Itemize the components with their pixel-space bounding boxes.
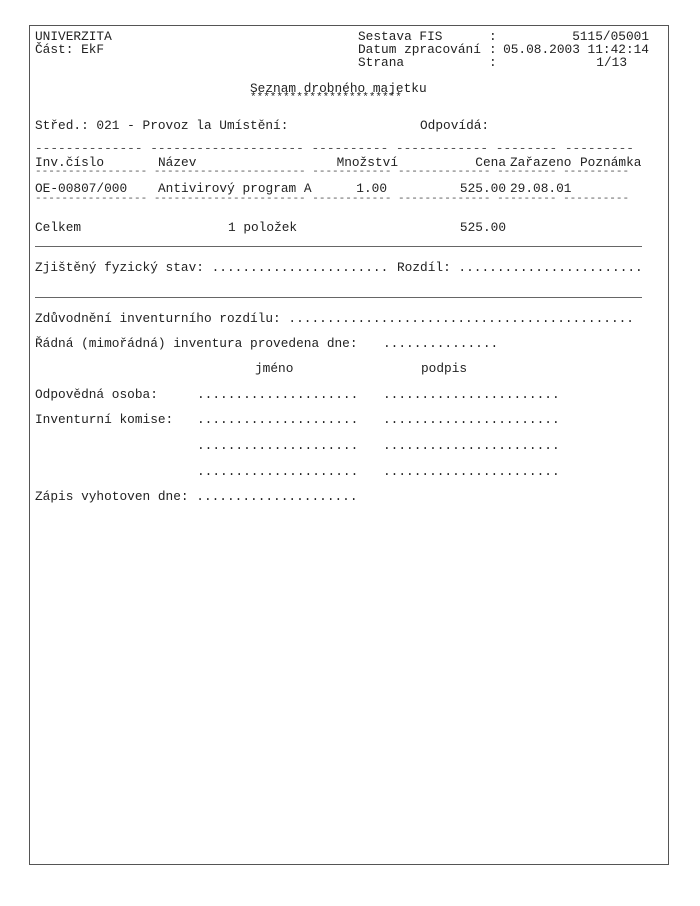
part-label: Část: EkF bbox=[35, 43, 104, 56]
committee-label: Inventurní komise: bbox=[35, 413, 173, 426]
responsible-label: Odpovídá: bbox=[420, 119, 489, 132]
table-separator: ----------------- ----------------------… bbox=[35, 166, 629, 179]
name-column-label: jméno bbox=[255, 362, 293, 375]
physical-state-field: Zjištěný fyzický stav: .................… bbox=[35, 261, 388, 274]
table-separator: -------------- -------------------- ----… bbox=[35, 142, 634, 155]
inventory-date-dots: ............... bbox=[383, 337, 498, 350]
committee-signature-dots: ....................... bbox=[383, 413, 560, 426]
total-count: 1 položek bbox=[228, 221, 297, 234]
record-date-field: Zápis vyhotoven dne: ...................… bbox=[35, 490, 358, 503]
responsible-person-label: Odpovědná osoba: bbox=[35, 388, 158, 401]
divider bbox=[35, 297, 642, 298]
title-underline: *********************** bbox=[250, 92, 402, 105]
divider bbox=[35, 246, 642, 247]
justification-field: Zdůvodnění inventurního rozdílu: .......… bbox=[35, 312, 634, 325]
difference-field: Rozdíl: ........................ bbox=[397, 261, 643, 274]
committee-name-dots: ..................... bbox=[197, 413, 358, 426]
inventory-date-label: Řádná (mimořádná) inventura provedena dn… bbox=[35, 337, 358, 350]
responsible-signature-dots: ....................... bbox=[383, 388, 560, 401]
page-label: Strana bbox=[358, 56, 404, 69]
signature-column-label: podpis bbox=[421, 362, 467, 375]
committee-name-dots: ..................... bbox=[197, 465, 358, 478]
committee-signature-dots: ....................... bbox=[383, 465, 560, 478]
responsible-name-dots: ..................... bbox=[197, 388, 358, 401]
page-value: 1/13 bbox=[500, 56, 627, 69]
total-label: Celkem bbox=[35, 221, 81, 234]
total-sum: 525.00 bbox=[400, 221, 506, 234]
colon: : bbox=[489, 56, 497, 69]
committee-signature-dots: ....................... bbox=[383, 439, 560, 452]
cost-center: Střed.: 021 - Provoz la Umístění: bbox=[35, 119, 288, 132]
committee-name-dots: ..................... bbox=[197, 439, 358, 452]
table-separator: ----------------- ----------------------… bbox=[35, 193, 629, 206]
